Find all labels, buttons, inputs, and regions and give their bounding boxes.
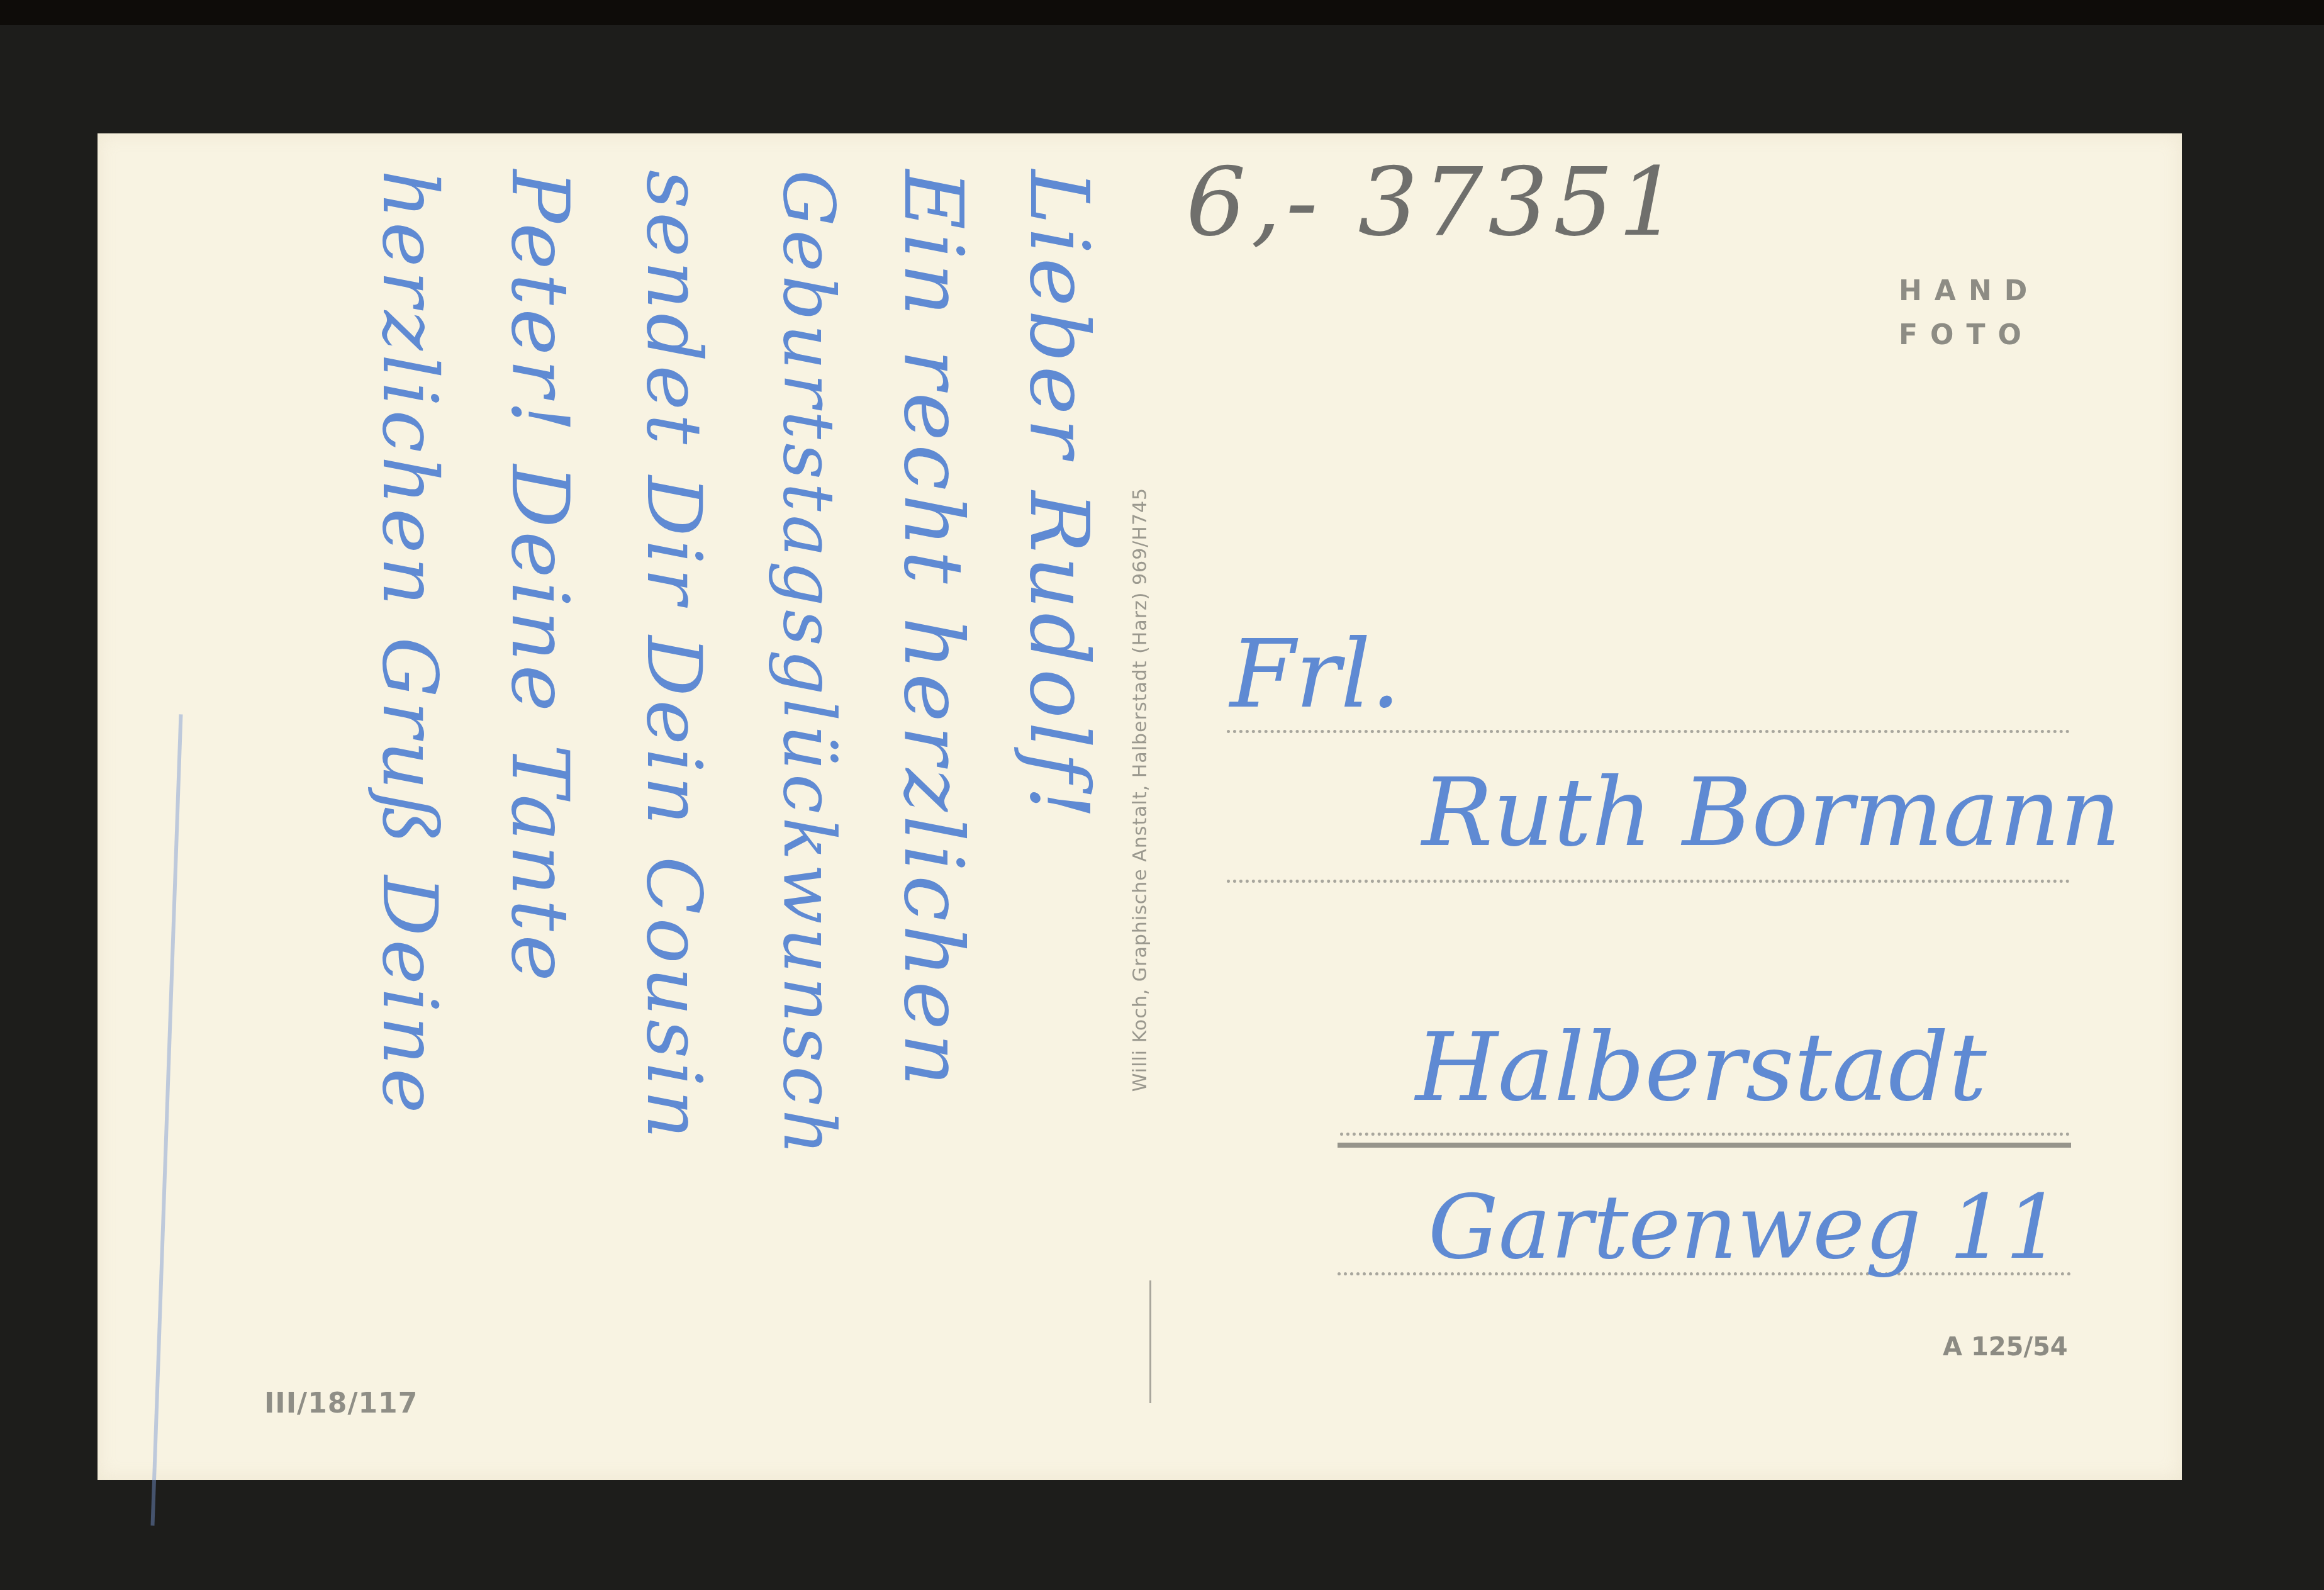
address-street: Gartenweg 11 xyxy=(1428,1177,2061,1279)
address-line-3 xyxy=(1340,1133,2070,1136)
address-line-1 xyxy=(1227,730,2070,733)
foto-label: FOTO xyxy=(1899,313,2040,357)
address-name: Ruth Bormann xyxy=(1422,758,2121,868)
address-city: Halberstadt xyxy=(1416,1013,1987,1123)
message-line-5: Peter! Deine Tante xyxy=(494,170,585,985)
address-underline-city xyxy=(1338,1143,2071,1148)
message-line-3: Geburtstagsglückwunsch xyxy=(768,170,849,1158)
hand-label: HAND xyxy=(1899,269,2040,313)
address-line-2 xyxy=(1227,880,2070,883)
print-code-left: III/18/117 xyxy=(264,1387,418,1419)
scanner-top-band xyxy=(0,0,2324,25)
message-line-4: sendet Dir Dein Cousin xyxy=(630,170,717,1143)
hand-foto-mark: HAND FOTO xyxy=(1899,269,2040,357)
publisher-imprint: Willi Koch, Graphische Anstalt, Halberst… xyxy=(1129,299,1154,1280)
message-line-6: herzlichen Gruß Deine xyxy=(366,170,453,1117)
pencil-price-note: 6,- 37351 xyxy=(1186,148,1684,257)
message-line-1: Lieber Rudolf! xyxy=(1012,170,1107,822)
message-line-2: Ein recht herzlichen xyxy=(886,170,981,1090)
print-code-right: A 125/54 xyxy=(1943,1333,2068,1362)
address-salutation: Frl. xyxy=(1230,620,1400,729)
